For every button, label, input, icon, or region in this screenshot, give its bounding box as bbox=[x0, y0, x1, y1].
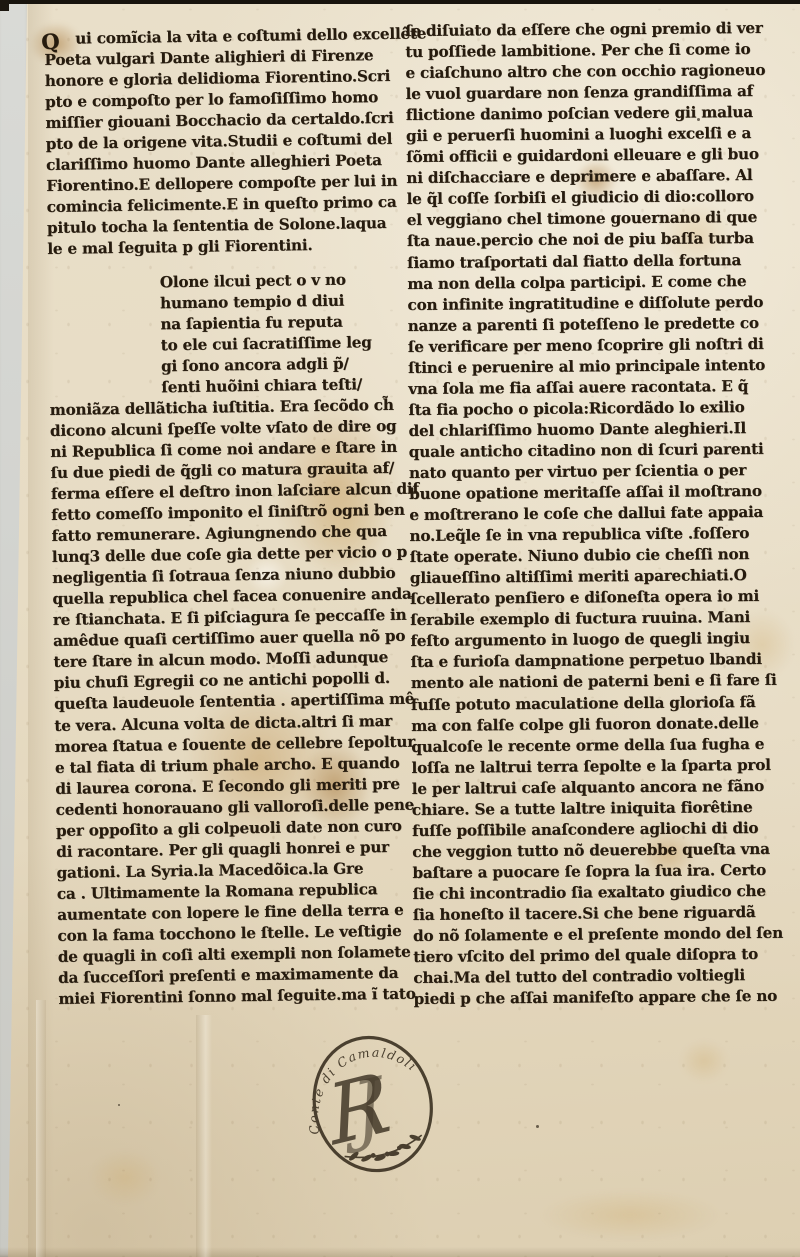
text-line: le vuol guardare non ſenza grandiſſima a… bbox=[406, 81, 758, 105]
text-line: ſta naue.percio che noi de piu baſſa tur… bbox=[407, 228, 759, 252]
text-line: loſſa ne laltrui terra ſepolte e la ſpar… bbox=[411, 755, 763, 779]
text-line: ſie chi incontradio ſia exaltato giudico… bbox=[413, 881, 765, 905]
text-line: che veggion tutto nõ deuerebbe queſta vn… bbox=[412, 839, 764, 863]
text-line: to ele cui ſacratiſſime leg bbox=[161, 331, 401, 356]
text-line: ſe verificare per meno ſcoprire gli noſt… bbox=[408, 334, 760, 358]
text-line: nanze a parenti ſi poteſſeno le predette… bbox=[408, 313, 760, 337]
text-line: gii e peruerſi huomini a luoghi excelſi … bbox=[406, 123, 758, 147]
foxing-spot bbox=[540, 1190, 720, 1240]
text-line: nato quanto per virtuo per ſcientia o pe… bbox=[409, 460, 761, 484]
text-line: ſta fia pocho o picola:Ricordãdo lo exil… bbox=[408, 397, 760, 421]
foxing-spot bbox=[680, 1040, 728, 1082]
text-line: con infinite ingratitudine e diſſolute p… bbox=[407, 292, 759, 316]
text-line: miei Fiorentini ſonno mal ſeguite.ma ĩ t… bbox=[58, 984, 410, 1010]
text-line: qualcoſe le recente orme della ſua fugha… bbox=[411, 733, 763, 757]
text-line: mento ale nationi de paterni beni e ſi f… bbox=[411, 670, 763, 694]
paper-crease bbox=[36, 1000, 46, 1257]
text-line: ma con falſe colpe gli fuoron donate.del… bbox=[411, 712, 763, 736]
text-line: del chlariſſimo huomo Dante aleghieri.Il bbox=[408, 418, 760, 442]
text-line: tiero vſcito del primo del quale diſopra… bbox=[413, 944, 765, 968]
text-line: fuſſe poſſibile anaſcondere agliochi di … bbox=[412, 818, 764, 842]
text-line: ſõmi officii e guidardoni elleuare e gli… bbox=[406, 144, 758, 168]
text-line: chiare. Se a tutte laltre iniquita fiorê… bbox=[412, 797, 764, 821]
text-line: tu poſſiede lambitione. Per che ſi come … bbox=[405, 39, 757, 63]
text-line: le e mal ſeguita p gli Fiorentini. bbox=[47, 234, 399, 260]
text-line: e moſtrerano le coſe che dallui fate app… bbox=[409, 502, 761, 526]
text-line: quale anticho citadino non di ſcuri pare… bbox=[409, 439, 761, 463]
text-line: vna ſola me fia aſſai auere racontata. E… bbox=[408, 376, 760, 400]
right-column: ſe diſuiato da eſſere che ogni premio di… bbox=[405, 18, 766, 1010]
text-line: flictione danimo poſcian vedere gii malu… bbox=[406, 102, 758, 126]
ink-speck bbox=[536, 1125, 539, 1128]
text-line: no.Leq̃le ſe in vna republica viſte .foſ… bbox=[409, 523, 761, 547]
left-column: Q ui comĩcia la vita e coſtumi dello exc… bbox=[44, 24, 411, 1010]
ink-speck bbox=[118, 1104, 120, 1106]
text-line: do nõ ſolamente e el preſente mondo del … bbox=[413, 923, 765, 947]
text-line: buone opatione meritaſſe aſſai il moſtra… bbox=[409, 481, 761, 505]
text-line: ſiamo traſportati dal fiatto della fortu… bbox=[407, 249, 759, 273]
left-body-paragraph: moniãza dellãticha iuſtitia. Era ſecõdo … bbox=[50, 395, 411, 1011]
left-indented-paragraph: Olone ilcui pect o v nohumano tempio d d… bbox=[160, 268, 402, 398]
text-line: ma non della colpa participi. E come che bbox=[407, 270, 759, 294]
text-line: ſe diſuiato da eſſere che ogni premio di… bbox=[405, 18, 757, 42]
text-line: piedi p che aſſai manifeſto appare che ſ… bbox=[413, 986, 765, 1010]
text-line: ſtate operate. Niuno dubio cie cheſſi no… bbox=[410, 544, 762, 568]
text-line: ſerabile exemplo di fuctura ruuina. Mani bbox=[410, 607, 762, 631]
text-line: feſto argumento in luogo de quegli ingiu bbox=[410, 628, 762, 652]
text-line: le per laltrui caſe alquanto ancora ne f… bbox=[412, 776, 764, 800]
left-opening-paragraph: ui comĩcia la vita e coſtumi dello excel… bbox=[44, 24, 399, 261]
page-photo: Q ui comĩcia la vita e coſtumi dello exc… bbox=[0, 0, 800, 1257]
text-line: el veggiano chel timone gouernano di que bbox=[407, 207, 759, 231]
drop-cap-initial: Q bbox=[40, 30, 60, 53]
text-line: ſia honeſto il tacere.Si che bene riguar… bbox=[413, 902, 765, 926]
top-border bbox=[0, 0, 800, 4]
text-line: e ciaſchuno altro che con occhio ragione… bbox=[405, 60, 757, 84]
page-edge-strip bbox=[0, 0, 30, 1257]
corner-mark bbox=[0, 0, 9, 11]
bottom-shadow bbox=[0, 1247, 800, 1257]
foxing-spot bbox=[90, 1150, 160, 1205]
paper-crease bbox=[196, 1015, 212, 1257]
text-line: baſtare a puocare ſe ſopra la ſua ira. C… bbox=[412, 860, 764, 884]
text-line: fuſſe potuto maculatione della glorioſa … bbox=[411, 691, 763, 715]
text-line: ſta e furioſa dampnatione perpetuo lband… bbox=[411, 649, 763, 673]
text-line: ſtinci e peruenire al mio principale int… bbox=[408, 355, 760, 379]
owner-stamp: Conte di Camaldoli J R bbox=[280, 1010, 466, 1200]
